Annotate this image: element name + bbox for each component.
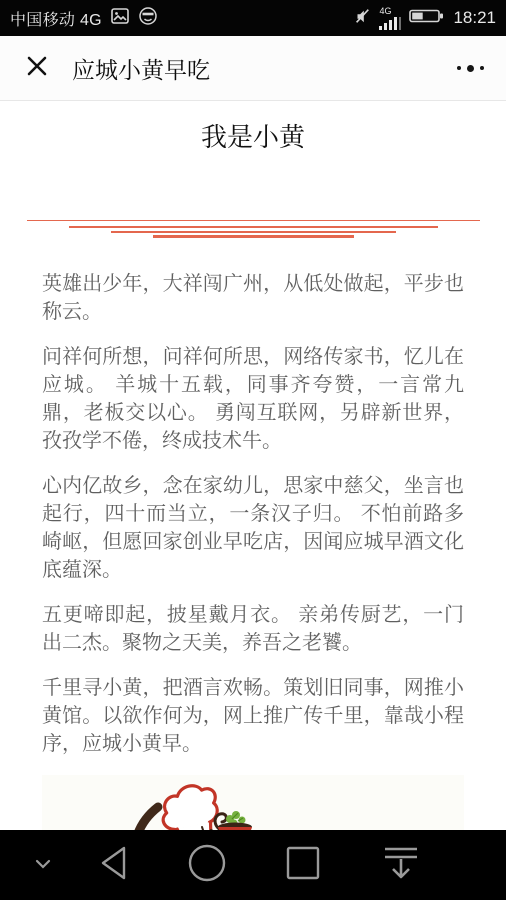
article-paragraph: 问祥何所想，问祥何所思，网络传家书，忆儿在应城。 羊城十五载，同事齐夸赞，一言常… xyxy=(42,343,464,455)
mute-icon xyxy=(353,7,371,30)
carrier-label: 中国移动 4G xyxy=(10,7,102,30)
battery-icon xyxy=(409,7,445,30)
chevron-down-icon xyxy=(35,856,51,874)
phone-screen: 中国移动 4G xyxy=(0,0,506,900)
article-paragraph: 五更啼即起，披星戴月衣。 亲弟传厨艺，一门出二杰。聚物之天美，养吾之老饕。 xyxy=(42,601,464,657)
article-paragraph: 千里寻小黄，把酒言欢畅。策划旧同事，网推小黄馆。以欲作何为，网上推广传千里，靠哉… xyxy=(42,674,464,758)
article-title: 我是小黄 xyxy=(42,117,464,154)
back-button[interactable] xyxy=(92,830,136,900)
hide-navbar-button[interactable] xyxy=(26,830,60,900)
home-icon xyxy=(187,843,227,888)
article-scroll-area[interactable]: 我是小黄 英雄出少年，大祥闯广州，从低处做起，平步也称云。 问祥何所想，问祥何所… xyxy=(0,102,506,900)
notification-pulldown-button[interactable] xyxy=(379,830,423,900)
recents-button[interactable] xyxy=(281,830,325,900)
more-icon xyxy=(457,65,484,72)
signal-icon: 4G xyxy=(379,7,401,30)
navigation-bar xyxy=(0,830,506,900)
network-badge: 4G xyxy=(379,7,397,16)
article-header: 应城小黄早吃 xyxy=(0,36,506,101)
gallery-icon xyxy=(110,6,130,31)
home-button[interactable] xyxy=(185,830,229,900)
article-paragraph: 心内亿故乡，念在家幼儿，思家中慈父，坐言也起行，四十而当立，一条汉子归。 不怕前… xyxy=(42,472,464,584)
status-bar: 中国移动 4G xyxy=(0,0,506,36)
close-icon xyxy=(26,55,48,82)
pulldown-icon xyxy=(383,843,419,888)
status-bar-left: 中国移动 4G xyxy=(10,6,158,31)
cool-face-icon xyxy=(138,6,158,31)
page-title: 应城小黄早吃 xyxy=(72,52,210,85)
article-paragraph: 英雄出少年，大祥闯广州，从低处做起，平步也称云。 xyxy=(42,270,464,326)
more-button[interactable] xyxy=(457,55,484,81)
status-bar-right: 4G 18:21 xyxy=(353,7,496,30)
close-button[interactable] xyxy=(24,55,50,81)
recents-icon xyxy=(285,845,321,886)
back-icon xyxy=(97,844,131,887)
decorative-divider xyxy=(42,220,464,238)
clock: 18:21 xyxy=(453,8,496,28)
